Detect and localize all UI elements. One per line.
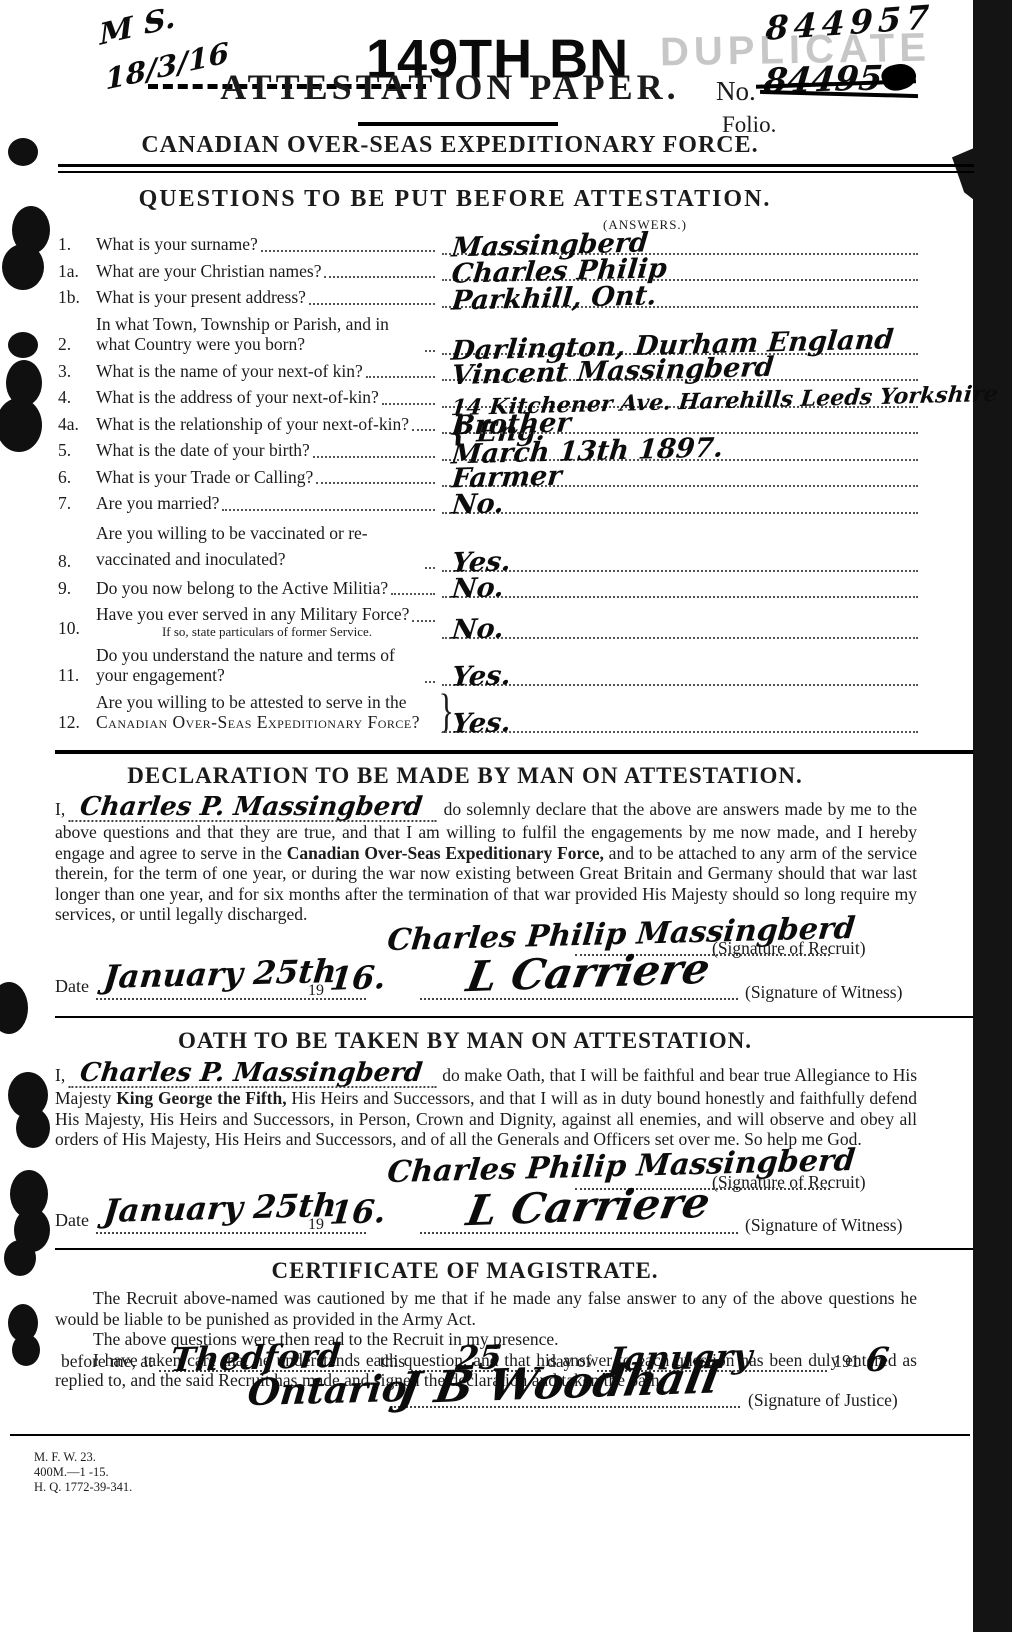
question-row: 1b. What is your present address? Parkhi…	[58, 287, 918, 308]
question-text: What is the relationship of your next-of…	[96, 414, 409, 435]
question-number: 7.	[58, 493, 96, 514]
witness-signature-label: (Signature of Witness)	[745, 1215, 902, 1236]
question-number: 6.	[58, 467, 96, 488]
divider	[58, 164, 974, 173]
answer-line: No.	[442, 508, 918, 514]
oath-heading: OATH TO BE TAKEN BY MAN ON ATTESTATION.	[0, 1028, 930, 1054]
dotted-leader	[382, 403, 435, 405]
question-number: 1.	[58, 234, 96, 255]
divider	[55, 1248, 973, 1250]
ink-blot	[16, 1108, 50, 1148]
date-line	[96, 998, 366, 1000]
question-number: 5.	[58, 440, 96, 461]
dotted-leader	[309, 303, 435, 305]
printed-year-prefix: 19	[308, 1216, 324, 1234]
question-text: Do you understand the nature and terms o…	[96, 645, 422, 686]
before-me-label: before me, at	[61, 1351, 153, 1372]
divider	[55, 750, 973, 754]
recruit-signature-label: (Signature of Recruit)	[712, 1172, 866, 1193]
handwritten-answer: Farmer	[451, 463, 563, 493]
ink-blot	[0, 398, 42, 452]
answer-line: Yes.	[442, 727, 918, 733]
dotted-leader	[425, 567, 435, 569]
answer-line: Yes.	[442, 680, 918, 686]
questions-list: 1. What is your surname? Massingberd 1a.…	[58, 234, 918, 739]
attestation-paper-scan: M S. 18/3/16 149TH BN ATTESTATION PAPER.…	[0, 0, 1012, 1632]
ink-blot	[12, 1334, 40, 1366]
answer-line: Vincent Massingberd	[442, 375, 918, 381]
question-number: 2.	[58, 334, 96, 355]
question-text: What is your Trade or Calling?	[96, 467, 313, 488]
question-row: 1a. What are your Christian names? Charl…	[58, 261, 918, 282]
print-run: 400M.—1 -15.	[34, 1465, 132, 1480]
witness-signature-label: (Signature of Witness)	[745, 982, 902, 1003]
question-row: 12. Are you willing to be attested to se…	[58, 692, 918, 733]
question-text: Are you married?	[96, 493, 219, 514]
question-number: 9.	[58, 578, 96, 599]
handwritten-year: 16.	[328, 961, 387, 994]
question-text: What is the name of your next-of kin?	[96, 361, 363, 382]
certificate-paragraph: The Recruit above-named was cautioned by…	[55, 1288, 917, 1329]
question-number: 10.	[58, 618, 96, 639]
justice-signature-label: (Signature of Justice)	[748, 1390, 898, 1411]
question-number: 4a.	[58, 414, 96, 435]
dotted-leader	[412, 429, 435, 431]
question-number: 1a.	[58, 261, 96, 282]
dotted-leader	[222, 509, 435, 511]
question-text: What are your Christian names?	[96, 261, 321, 282]
question-text: What is the date of your birth?	[96, 440, 310, 461]
oath-bold-text: King George the Fifth,	[116, 1088, 286, 1108]
divider	[358, 122, 558, 126]
dotted-leader	[366, 376, 435, 378]
question-text: What is your present address?	[96, 287, 306, 308]
handwritten-date: January 25th	[102, 1189, 338, 1227]
question-text: Are you willing to be vaccinated or re-v…	[96, 520, 422, 572]
hq-reference: H. Q. 1772-39-341.	[34, 1480, 132, 1495]
witness-signature: L Carriere	[463, 1182, 713, 1232]
date-label: Date	[55, 976, 89, 997]
handwritten-year: 6	[864, 1343, 890, 1377]
question-row: 9. Do you now belong to the Active Milit…	[58, 578, 918, 599]
scan-artifact	[952, 148, 974, 200]
question-row: 4a. What is the relationship of your nex…	[58, 414, 918, 435]
answer-line: 14 Kitchener Ave. Harehills Leeds Yorksh…	[442, 402, 918, 408]
certificate-heading: CERTIFICATE OF MAGISTRATE.	[0, 1258, 930, 1284]
dotted-leader	[412, 620, 435, 622]
oath-paragraph: I, Charles P. Massingberd do make Oath, …	[55, 1060, 917, 1150]
question-text-line2: Canadian Over-Seas Expeditionary Force?	[96, 712, 420, 733]
answer-line: Farmer	[442, 481, 918, 487]
answer-line: Massingberd	[442, 249, 918, 255]
form-number: M. F. W. 23.	[34, 1450, 132, 1465]
dotted-leader	[261, 250, 435, 252]
handwritten-answer: Parkhill, Ont.	[450, 282, 657, 314]
dotted-leader	[425, 350, 435, 352]
question-text: Do you now belong to the Active Militia?	[96, 578, 388, 599]
dotted-leader	[324, 276, 435, 278]
question-row: 6. What is your Trade or Calling? Farmer	[58, 467, 918, 488]
printed-year-prefix: 19	[308, 982, 324, 1000]
no-field-label: No.	[716, 76, 756, 107]
question-text: In what Town, Township or Parish, and in…	[96, 314, 422, 355]
question-row: 11. Do you understand the nature and ter…	[58, 645, 918, 686]
question-row: 10. Have you ever served in any Military…	[58, 604, 918, 639]
question-number: 4.	[58, 387, 96, 408]
handwritten-answer: No.	[451, 490, 505, 518]
question-text: What is the address of your next-of-kin?	[96, 387, 379, 408]
ink-blot	[8, 332, 38, 358]
declaration-heading: DECLARATION TO BE MADE BY MAN ON ATTESTA…	[0, 763, 930, 789]
handwritten-oath-name: Charles P. Massingberd	[68, 1060, 440, 1088]
questions-heading: QUESTIONS TO BE PUT BEFORE ATTESTATION.	[0, 186, 910, 213]
divider	[55, 1016, 973, 1018]
question-number: 12.	[58, 712, 96, 733]
question-number: 11.	[58, 665, 96, 686]
printed-year-prefix: 191	[833, 1351, 859, 1372]
answer-line: March 13th 1897.	[442, 455, 918, 461]
answer-line: No.	[442, 633, 918, 639]
declaration-paragraph: I, Charles P. Massingberd do solemnly de…	[55, 794, 917, 925]
handwritten-declarant-name: Charles P. Massingberd	[69, 794, 441, 822]
handwritten-answer: Brother	[451, 409, 573, 439]
question-text: What is your surname?	[96, 234, 258, 255]
dotted-leader	[391, 593, 435, 595]
ink-blot	[2, 244, 44, 290]
question-number: 8.	[58, 551, 96, 572]
handwritten-answer: Yes.	[451, 709, 512, 738]
question-row: 8. Are you willing to be vaccinated or r…	[58, 520, 918, 572]
handwritten-answer: Vincent Massingberd	[450, 354, 775, 389]
ink-blot	[0, 982, 28, 1034]
witness-signature: L Carriere	[463, 948, 713, 998]
form-number-block: M. F. W. 23. 400M.—1 -15. H. Q. 1772-39-…	[34, 1450, 132, 1495]
declaration-lead: I,	[55, 799, 65, 819]
question-number: 1b.	[58, 287, 96, 308]
question-row: 3. What is the name of your next-of kin?…	[58, 361, 918, 382]
question-row: 2. In what Town, Township or Parish, and…	[58, 314, 918, 355]
recruit-signature-label: (Signature of Recruit)	[712, 938, 866, 959]
question-row: 5. What is the date of your birth? March…	[58, 440, 918, 461]
question-text: Are you willing to be attested to serve …	[96, 692, 407, 713]
answer-line: Parkhill, Ont.	[442, 302, 918, 308]
question-subtext: If so, state particulars of former Servi…	[96, 625, 438, 639]
question-number: 3.	[58, 361, 96, 382]
question-row: 1. What is your surname? Massingberd	[58, 234, 918, 255]
question-row: 7. Are you married? No.	[58, 493, 918, 514]
oath-lead: I,	[55, 1065, 65, 1085]
dotted-leader	[313, 456, 435, 458]
handwritten-initials: M S.	[98, 3, 176, 50]
declaration-bold-text: Canadian Over-Seas Expeditionary Force,	[287, 843, 604, 863]
handwritten-answer: No.	[451, 615, 505, 643]
handwritten-answer: No.	[451, 574, 505, 602]
handwritten-year: 16.	[328, 1195, 387, 1228]
handwritten-answer: Yes.	[451, 662, 512, 691]
justice-signature: J B Woodhall	[395, 1356, 723, 1411]
question-text: Have you ever served in any Military For…	[96, 604, 409, 625]
answer-line: Yes.	[442, 566, 918, 572]
answer-line: Charles Philip	[442, 275, 918, 281]
answer-line: No.	[442, 592, 918, 598]
date-line	[96, 1232, 366, 1234]
date-label: Date	[55, 1210, 89, 1231]
scan-border-bar	[973, 0, 1012, 1632]
dotted-leader	[316, 482, 435, 484]
force-heading: CANADIAN OVER-SEAS EXPEDITIONARY FORCE.	[0, 132, 900, 159]
dotted-leader	[425, 681, 435, 683]
handwritten-province: Ontario	[246, 1370, 408, 1411]
crossed-out-number: 84495	[764, 62, 882, 100]
handwritten-date: January 25th	[102, 955, 338, 993]
divider	[10, 1434, 970, 1436]
